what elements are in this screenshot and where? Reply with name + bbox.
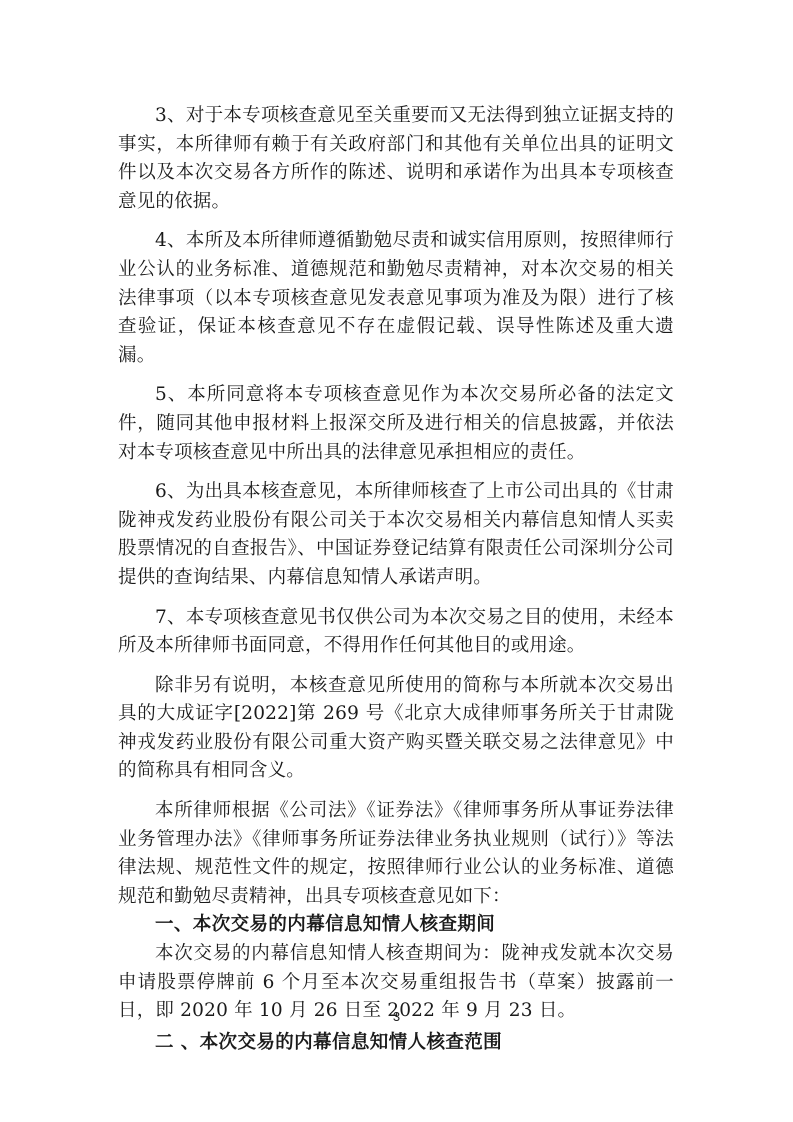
page-number: 3	[0, 1009, 793, 1024]
paragraph-item-4: 4、本所及本所律师遵循勤勉尽责和诚实信用原则，按照律师行业公认的业务标准、道德规…	[118, 227, 674, 370]
section-heading-review-scope: 二 、本次交易的内幕信息知情人核查范围	[118, 1029, 674, 1058]
document-page-body: 3、对于本专项核查意见至关重要而又无法得到独立证据支持的事实，本所律师有赖于有关…	[118, 102, 674, 1057]
paragraph-item-6: 6、为出具本核查意见，本所律师核查了上市公司出具的《甘肃陇神戎发药业股份有限公司…	[118, 478, 674, 592]
paragraph-item-5: 5、本所同意将本专项核查意见作为本次交易所必备的法定文件，随同其他申报材料上报深…	[118, 381, 674, 467]
paragraph-definitions-note: 除非另有说明，本核查意见所使用的简称与本所就本次交易出具的大成证字[2022]第…	[118, 672, 674, 786]
paragraph-legal-basis: 本所律师根据《公司法》《证券法》《律师事务所从事证券法律业务管理办法》《律师事务…	[118, 797, 674, 911]
paragraph-item-7: 7、本专项核查意见书仅供公司为本次交易之目的使用，未经本所及本所律师书面同意，不…	[118, 604, 674, 661]
section-heading-review-period: 一、本次交易的内幕信息知情人核查期间	[118, 911, 674, 940]
paragraph-item-3: 3、对于本专项核查意见至关重要而又无法得到独立证据支持的事实，本所律师有赖于有关…	[118, 102, 674, 216]
